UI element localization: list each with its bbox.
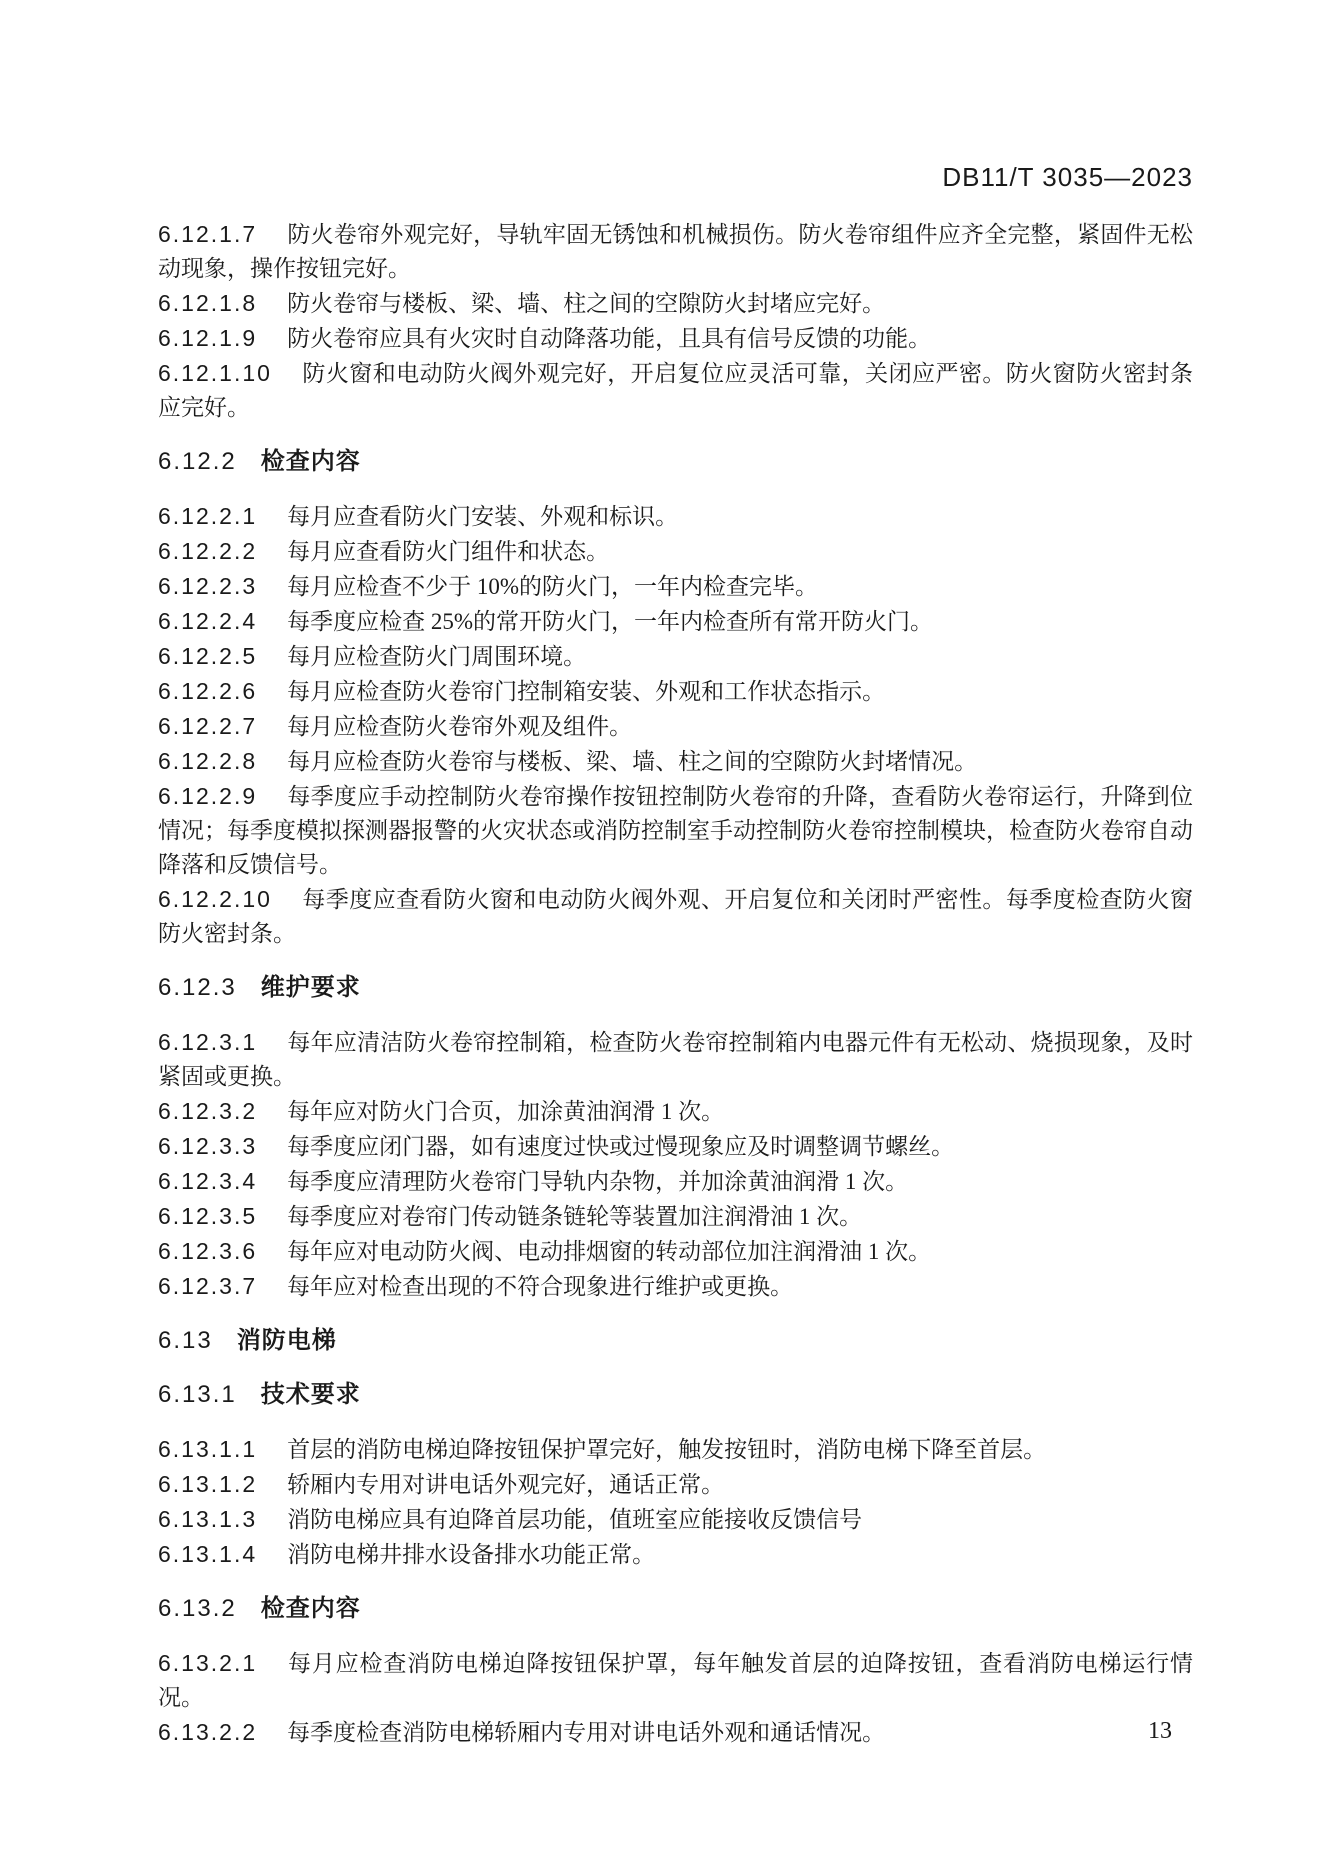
clause-number: 6.13.1.3	[158, 1506, 287, 1532]
section-heading-number: 6.13.1	[158, 1381, 261, 1408]
clause: 6.13.2.1每月应检查消防电梯迫降按钮保护罩，每年触发首层的迫降按钮，查看消…	[158, 1646, 1193, 1715]
clause-text: 每月应检查防火门周围环境。	[287, 644, 586, 669]
clause-text: 每年应对电动防火阀、电动排烟窗的转动部位加注润滑油 1 次。	[287, 1239, 931, 1264]
clause-text: 防火卷帘与楼板、梁、墙、柱之间的空隙防火封堵应完好。	[287, 291, 885, 316]
clause-number: 6.12.2.9	[158, 783, 287, 809]
section-heading-number: 6.13.2	[158, 1595, 261, 1622]
clause-number: 6.12.1.10	[158, 360, 302, 386]
section-heading: 6.13.1技术要求	[158, 1378, 1193, 1412]
clause-number: 6.12.2.4	[158, 608, 287, 634]
clause: 6.12.2.6每月应检查防火卷帘门控制箱安装、外观和工作状态指示。	[158, 674, 1193, 709]
clause-number: 6.12.2.8	[158, 748, 287, 774]
section-heading-title: 维护要求	[261, 974, 361, 1001]
section-heading-title: 技术要求	[261, 1381, 361, 1408]
clause-number: 6.13.1.2	[158, 1471, 287, 1497]
clause-number: 6.12.2.2	[158, 538, 287, 564]
section-heading-number: 6.12.3	[158, 974, 261, 1001]
clause-text: 消防电梯井排水设备排水功能正常。	[287, 1542, 655, 1567]
clause-number: 6.12.3.4	[158, 1168, 287, 1194]
clause: 6.12.3.1每年应清洁防火卷帘控制箱，检查防火卷帘控制箱内电器元件有无松动、…	[158, 1025, 1193, 1094]
page-number: 13	[1148, 1716, 1172, 1746]
clause-text: 防火窗和电动防火阀外观完好，开启复位应灵活可靠，关闭应严密。防火窗防火密封条应完…	[158, 361, 1193, 420]
clause-text: 每季度应手动控制防火卷帘操作按钮控制防火卷帘的升降，查看防火卷帘运行，升降到位情…	[158, 784, 1193, 877]
clause: 6.13.2.2每季度检查消防电梯轿厢内专用对讲电话外观和通话情况。	[158, 1715, 1193, 1750]
section-heading-number: 6.13	[158, 1327, 237, 1354]
document-page: DB11/T 3035—2023 6.12.1.7防火卷帘外观完好，导轨牢固无锈…	[0, 0, 1322, 1871]
clause-number: 6.13.2.1	[158, 1650, 287, 1676]
section-heading-title: 检查内容	[261, 1595, 361, 1622]
clause: 6.12.3.4每季度应清理防火卷帘门导轨内杂物，并加涂黄油润滑 1 次。	[158, 1164, 1193, 1199]
clause-number: 6.12.3.3	[158, 1133, 287, 1159]
clause: 6.13.1.2轿厢内专用对讲电话外观完好，通话正常。	[158, 1467, 1193, 1502]
clause-number: 6.13.2.2	[158, 1719, 287, 1745]
section-heading: 6.12.2检查内容	[158, 445, 1193, 479]
clause-text: 轿厢内专用对讲电话外观完好，通话正常。	[287, 1472, 724, 1497]
clause-number: 6.13.1.1	[158, 1436, 287, 1462]
clause: 6.12.2.5每月应检查防火门周围环境。	[158, 639, 1193, 674]
clause-text: 每月应查看防火门组件和状态。	[287, 539, 609, 564]
clause-number: 6.12.2.7	[158, 713, 287, 739]
clause-text: 每季度应对卷帘门传动链条链轮等装置加注润滑油 1 次。	[287, 1204, 862, 1229]
clause: 6.12.1.9防火卷帘应具有火灾时自动降落功能，且具有信号反馈的功能。	[158, 321, 1193, 356]
document-content: 6.12.1.7防火卷帘外观完好，导轨牢固无锈蚀和机械损伤。防火卷帘组件应齐全完…	[158, 217, 1193, 1750]
clause-text: 首层的消防电梯迫降按钮保护罩完好，触发按钮时，消防电梯下降至首层。	[287, 1437, 1046, 1462]
clause-number: 6.12.2.10	[158, 886, 302, 912]
clause-text: 每月应检查防火卷帘与楼板、梁、墙、柱之间的空隙防火封堵情况。	[287, 749, 977, 774]
clause-text: 每季度应闭门器，如有速度过快或过慢现象应及时调整调节螺丝。	[287, 1134, 954, 1159]
clause: 6.12.1.8防火卷帘与楼板、梁、墙、柱之间的空隙防火封堵应完好。	[158, 286, 1193, 321]
clause-text: 每月应检查消防电梯迫降按钮保护罩，每年触发首层的迫降按钮，查看消防电梯运行情况。	[158, 1651, 1193, 1710]
clause-number: 6.12.1.7	[158, 221, 287, 247]
clause: 6.12.3.3每季度应闭门器，如有速度过快或过慢现象应及时调整调节螺丝。	[158, 1129, 1193, 1164]
clause-text: 每月应检查防火卷帘门控制箱安装、外观和工作状态指示。	[287, 679, 885, 704]
clause: 6.12.3.2每年应对防火门合页，加涂黄油润滑 1 次。	[158, 1094, 1193, 1129]
clause: 6.12.2.10每季度应查看防火窗和电动防火阀外观、开启复位和关闭时严密性。每…	[158, 882, 1193, 951]
clause-number: 6.12.3.6	[158, 1238, 287, 1264]
section-heading: 6.12.3维护要求	[158, 971, 1193, 1005]
clause: 6.12.2.3每月应检查不少于 10%的防火门，一年内检查完毕。	[158, 569, 1193, 604]
clause-number: 6.12.3.1	[158, 1029, 287, 1055]
clause: 6.12.2.7每月应检查防火卷帘外观及组件。	[158, 709, 1193, 744]
clause-text: 每月应查看防火门安装、外观和标识。	[287, 504, 678, 529]
section-heading-number: 6.12.2	[158, 448, 261, 475]
clause-text: 防火卷帘外观完好，导轨牢固无锈蚀和机械损伤。防火卷帘组件应齐全完整，紧固件无松动…	[158, 222, 1193, 281]
clause-text: 每季度应清理防火卷帘门导轨内杂物，并加涂黄油润滑 1 次。	[287, 1169, 908, 1194]
doc-code-header: DB11/T 3035—2023	[158, 163, 1193, 191]
clause-text: 每季度应检查 25%的常开防火门，一年内检查所有常开防火门。	[287, 609, 933, 634]
clause-number: 6.12.3.7	[158, 1273, 287, 1299]
clause: 6.12.3.7每年应对检查出现的不符合现象进行维护或更换。	[158, 1269, 1193, 1304]
clause: 6.12.1.10防火窗和电动防火阀外观完好，开启复位应灵活可靠，关闭应严密。防…	[158, 356, 1193, 425]
clause-number: 6.12.1.8	[158, 290, 287, 316]
clause-text: 每年应对防火门合页，加涂黄油润滑 1 次。	[287, 1099, 724, 1124]
clause-text: 每年应对检查出现的不符合现象进行维护或更换。	[287, 1274, 793, 1299]
clause-text: 每月应检查不少于 10%的防火门，一年内检查完毕。	[287, 574, 818, 599]
section-heading: 6.13消防电梯	[158, 1324, 1193, 1358]
clause-number: 6.12.2.6	[158, 678, 287, 704]
clause: 6.12.2.9每季度应手动控制防火卷帘操作按钮控制防火卷帘的升降，查看防火卷帘…	[158, 779, 1193, 882]
clause-number: 6.12.2.1	[158, 503, 287, 529]
clause: 6.12.2.2每月应查看防火门组件和状态。	[158, 534, 1193, 569]
clause: 6.12.1.7防火卷帘外观完好，导轨牢固无锈蚀和机械损伤。防火卷帘组件应齐全完…	[158, 217, 1193, 286]
clause-number: 6.12.2.5	[158, 643, 287, 669]
section-heading-title: 消防电梯	[237, 1327, 337, 1354]
clause: 6.12.3.6每年应对电动防火阀、电动排烟窗的转动部位加注润滑油 1 次。	[158, 1234, 1193, 1269]
clause-number: 6.12.3.5	[158, 1203, 287, 1229]
section-heading-title: 检查内容	[261, 448, 361, 475]
clause-number: 6.12.3.2	[158, 1098, 287, 1124]
clause: 6.12.2.4每季度应检查 25%的常开防火门，一年内检查所有常开防火门。	[158, 604, 1193, 639]
clause: 6.13.1.3消防电梯应具有迫降首层功能，值班室应能接收反馈信号	[158, 1502, 1193, 1537]
clause: 6.13.1.4消防电梯井排水设备排水功能正常。	[158, 1537, 1193, 1572]
clause-text: 消防电梯应具有迫降首层功能，值班室应能接收反馈信号	[287, 1507, 862, 1532]
clause: 6.13.1.1首层的消防电梯迫降按钮保护罩完好，触发按钮时，消防电梯下降至首层…	[158, 1432, 1193, 1467]
clause-number: 6.12.1.9	[158, 325, 287, 351]
clause: 6.12.2.1每月应查看防火门安装、外观和标识。	[158, 499, 1193, 534]
clause-text: 每季度检查消防电梯轿厢内专用对讲电话外观和通话情况。	[287, 1720, 885, 1745]
clause: 6.12.3.5每季度应对卷帘门传动链条链轮等装置加注润滑油 1 次。	[158, 1199, 1193, 1234]
clause-text: 防火卷帘应具有火灾时自动降落功能，且具有信号反馈的功能。	[287, 326, 931, 351]
clause-number: 6.13.1.4	[158, 1541, 287, 1567]
section-heading: 6.13.2检查内容	[158, 1592, 1193, 1626]
clause: 6.12.2.8每月应检查防火卷帘与楼板、梁、墙、柱之间的空隙防火封堵情况。	[158, 744, 1193, 779]
clause-text: 每年应清洁防火卷帘控制箱，检查防火卷帘控制箱内电器元件有无松动、烧损现象，及时紧…	[158, 1030, 1193, 1089]
clause-number: 6.12.2.3	[158, 573, 287, 599]
clause-text: 每月应检查防火卷帘外观及组件。	[287, 714, 632, 739]
clause-text: 每季度应查看防火窗和电动防火阀外观、开启复位和关闭时严密性。每季度检查防火窗防火…	[158, 887, 1193, 946]
